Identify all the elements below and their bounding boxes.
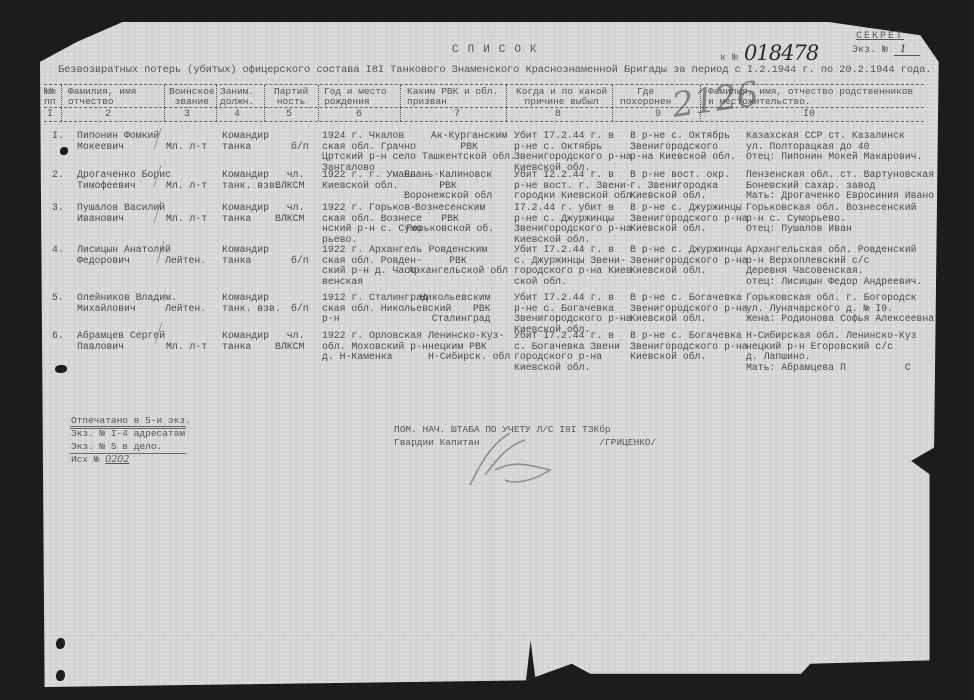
- row-birth: 1922 г. Орловская обл. Моховский р-н д. …: [322, 331, 428, 363]
- row-party: чл. ВЛКСМ: [275, 203, 304, 224]
- underline: [70, 453, 186, 454]
- row-number: 2.: [52, 170, 64, 181]
- column-separator: [61, 85, 62, 121]
- copy-label: Экз. №: [852, 45, 888, 56]
- row-rank: Лейтен.: [165, 304, 206, 315]
- row-rvk: Никольевским РВК Сталинград: [420, 293, 491, 325]
- distribution-note: Отпечатано в 5-и экз. Экз. № I-4 адресат…: [71, 414, 191, 466]
- row-position: Командир танка: [222, 203, 269, 224]
- row-position: Командир танка: [222, 131, 269, 152]
- row-number: 5.: [52, 293, 64, 304]
- column-number-7: 7: [454, 109, 460, 120]
- registration-number-value: 018478: [744, 41, 818, 65]
- column-header-5: Партий ность: [274, 87, 308, 107]
- row-buried: В р-не с. Богачевка Звенигородского р-на…: [630, 293, 748, 325]
- copy-number-value: 1: [894, 44, 920, 56]
- underline: [70, 428, 186, 429]
- row-party: б/п: [291, 304, 309, 315]
- punch-hole: [55, 365, 67, 373]
- signature-name: /ГРИЦЕНКО/: [599, 437, 656, 448]
- row-party: б/п: [291, 142, 309, 153]
- column-separator: [612, 85, 613, 121]
- paper-fold-horizontal: [42, 635, 952, 636]
- column-number-8: 8: [555, 109, 561, 120]
- column-header-4: Заним. должн.: [220, 87, 254, 107]
- row-position: Командир танка: [222, 245, 269, 266]
- copies-addressees: Экз. № I-4 адресатам: [71, 428, 185, 439]
- column-header-9: Где похоронен: [620, 87, 671, 107]
- table-colnum-rule: [44, 121, 924, 122]
- row-rvk: Елань-Калиновск РВК Воронежской обл: [404, 170, 492, 202]
- column-number-1: I: [47, 109, 53, 120]
- registration-number: к № 018478: [720, 41, 818, 65]
- row-buried: В р-не с. Джуржинцы Звенигородского р-на…: [630, 203, 748, 235]
- row-number: I.: [52, 131, 64, 142]
- column-number-10: I0: [803, 109, 815, 120]
- column-header-8: Когда и по какой причине выбыл: [516, 87, 607, 107]
- row-when-why: Убит I7.2.44 г. в с. Джуржинцы Звени- го…: [514, 245, 632, 287]
- row-party: б/п: [291, 256, 309, 267]
- underline: [70, 426, 186, 427]
- row-position: Командир танк. взв.: [222, 170, 281, 191]
- row-number: 4.: [52, 245, 64, 256]
- outgoing-number: 0202: [105, 454, 129, 465]
- row-relatives: Казахская ССР ст. Казалинск ул. Полторац…: [746, 131, 922, 163]
- row-name: Пипонин Фомкий Мокеевич: [77, 131, 159, 152]
- column-header-1: №№ пп: [44, 87, 55, 107]
- row-when-why: Убит I7.2.44 г. в с. Богачевка Звени гор…: [514, 331, 620, 373]
- registration-label: к №: [720, 53, 738, 64]
- row-rank: Мл. л-т: [166, 181, 207, 192]
- column-number-2: 2: [105, 109, 111, 120]
- row-rvk: Вознесенским РВК Горьковской об.: [406, 203, 494, 235]
- column-separator: [400, 85, 401, 121]
- row-position: Командир танк. взв.: [222, 293, 281, 314]
- table-top-rule: [44, 84, 924, 85]
- punch-hole: [56, 638, 65, 649]
- copy-to-file: Экз. № 5 в дело.: [71, 441, 162, 452]
- row-buried: В р-не с. Джуржинцы Звенигородского р-на…: [630, 245, 748, 277]
- row-party: чл. ВЛКСМ: [275, 170, 304, 191]
- table-header-rule: [44, 107, 924, 108]
- row-buried: В р-не вост. окр. г. Звенигородка Киевск…: [630, 170, 730, 202]
- row-buried: В р-не с. Октябрь Звенигородского р-на К…: [630, 131, 736, 163]
- row-party: чл. ВЛКСМ: [275, 331, 304, 352]
- handwritten-signature-icon: [455, 425, 565, 495]
- document-title: СПИСОК: [452, 44, 546, 56]
- column-header-2: Фамилия, имя отчество: [68, 87, 136, 107]
- row-when-why: Убит I2.2.44 г. в р-не вост. г. Звени- г…: [514, 170, 637, 202]
- punch-hole: [56, 670, 65, 681]
- column-number-6: 6: [356, 109, 362, 120]
- column-separator: [506, 85, 507, 121]
- row-rank: Лейтен.: [165, 256, 206, 267]
- column-separator: [164, 85, 165, 121]
- row-name: Олейников Владим. Михайлович: [77, 293, 177, 314]
- row-when-why: Убит I7.2.44 г. в р-не с. Октябрь Звениг…: [514, 131, 632, 173]
- row-number: 3.: [52, 203, 64, 214]
- column-number-4: 4: [234, 109, 240, 120]
- row-buried: В р-не с. Богачевка Звенигородского р-на…: [630, 331, 748, 363]
- row-relatives: Архангельская обл. Ровденский р-н Верхоп…: [746, 245, 922, 287]
- row-name: Лисицын Анатолий Федорович: [77, 245, 171, 266]
- copy-number: Экз. № 1: [852, 44, 920, 56]
- column-separator: [216, 85, 217, 121]
- column-separator: [318, 85, 319, 121]
- row-name: Пушалов Василий Иванович: [77, 203, 165, 224]
- column-header-3: Воинское звание: [169, 87, 215, 107]
- row-rank: Мл. л-т: [166, 142, 207, 153]
- row-birth: 1922 г. г. Умань Киевской обл.: [322, 170, 416, 191]
- column-number-3: 3: [184, 109, 190, 120]
- column-number-9: 9: [655, 109, 661, 120]
- row-rvk: Ровденским РВК Архангельской обл: [408, 245, 508, 277]
- printed-copies: Отпечатано в 5-и экз.: [71, 415, 191, 426]
- punch-hole: [60, 147, 68, 155]
- column-separator: [264, 85, 265, 121]
- document-subtitle: Безвозвратных потерь (убитых) офицерског…: [58, 64, 931, 76]
- column-header-6: Год и место рождения: [324, 87, 387, 107]
- row-rank: Мл. л-т: [166, 342, 207, 353]
- row-relatives: Пензенская обл. ст. Вартуновская Боневск…: [746, 170, 934, 202]
- row-birth: 1924 г. Чкалов ская обл. Грачно Цртский …: [322, 131, 416, 173]
- secret-stamp: СЕКРЕТ: [856, 31, 904, 42]
- row-name: Абрамцев Сергей Павлович: [77, 331, 165, 352]
- row-relatives: Горьковская обл. г. Богородск ул. Лунача…: [746, 293, 934, 325]
- column-header-7: Каким РВК и обл. призван: [407, 87, 498, 107]
- outgoing-label: Исх №: [71, 454, 100, 465]
- column-number-5: 5: [286, 109, 292, 120]
- row-position: Командир танка: [222, 331, 269, 352]
- row-relatives: Горьковская обл. Вознесенский р-н с. Сум…: [746, 203, 917, 235]
- row-number: 6.: [52, 331, 64, 342]
- row-rvk: Ак-Курганским РВК Ташкентской обл.: [422, 131, 516, 163]
- row-birth: 1922 г. Архангель ская обл. Ровден- ский…: [322, 245, 422, 287]
- row-rank: Мл. л-т: [166, 214, 207, 225]
- row-rvk: Ленинско-Куз- нецким РВК Н-Сибирск. обл: [428, 331, 510, 363]
- row-when-why: I7.2.44 г. убит в р-не с. Джуржинцы Звен…: [514, 203, 632, 245]
- row-relatives: Н-Сибирская обл. Ленинско-Куз нецкий р-н…: [746, 331, 917, 373]
